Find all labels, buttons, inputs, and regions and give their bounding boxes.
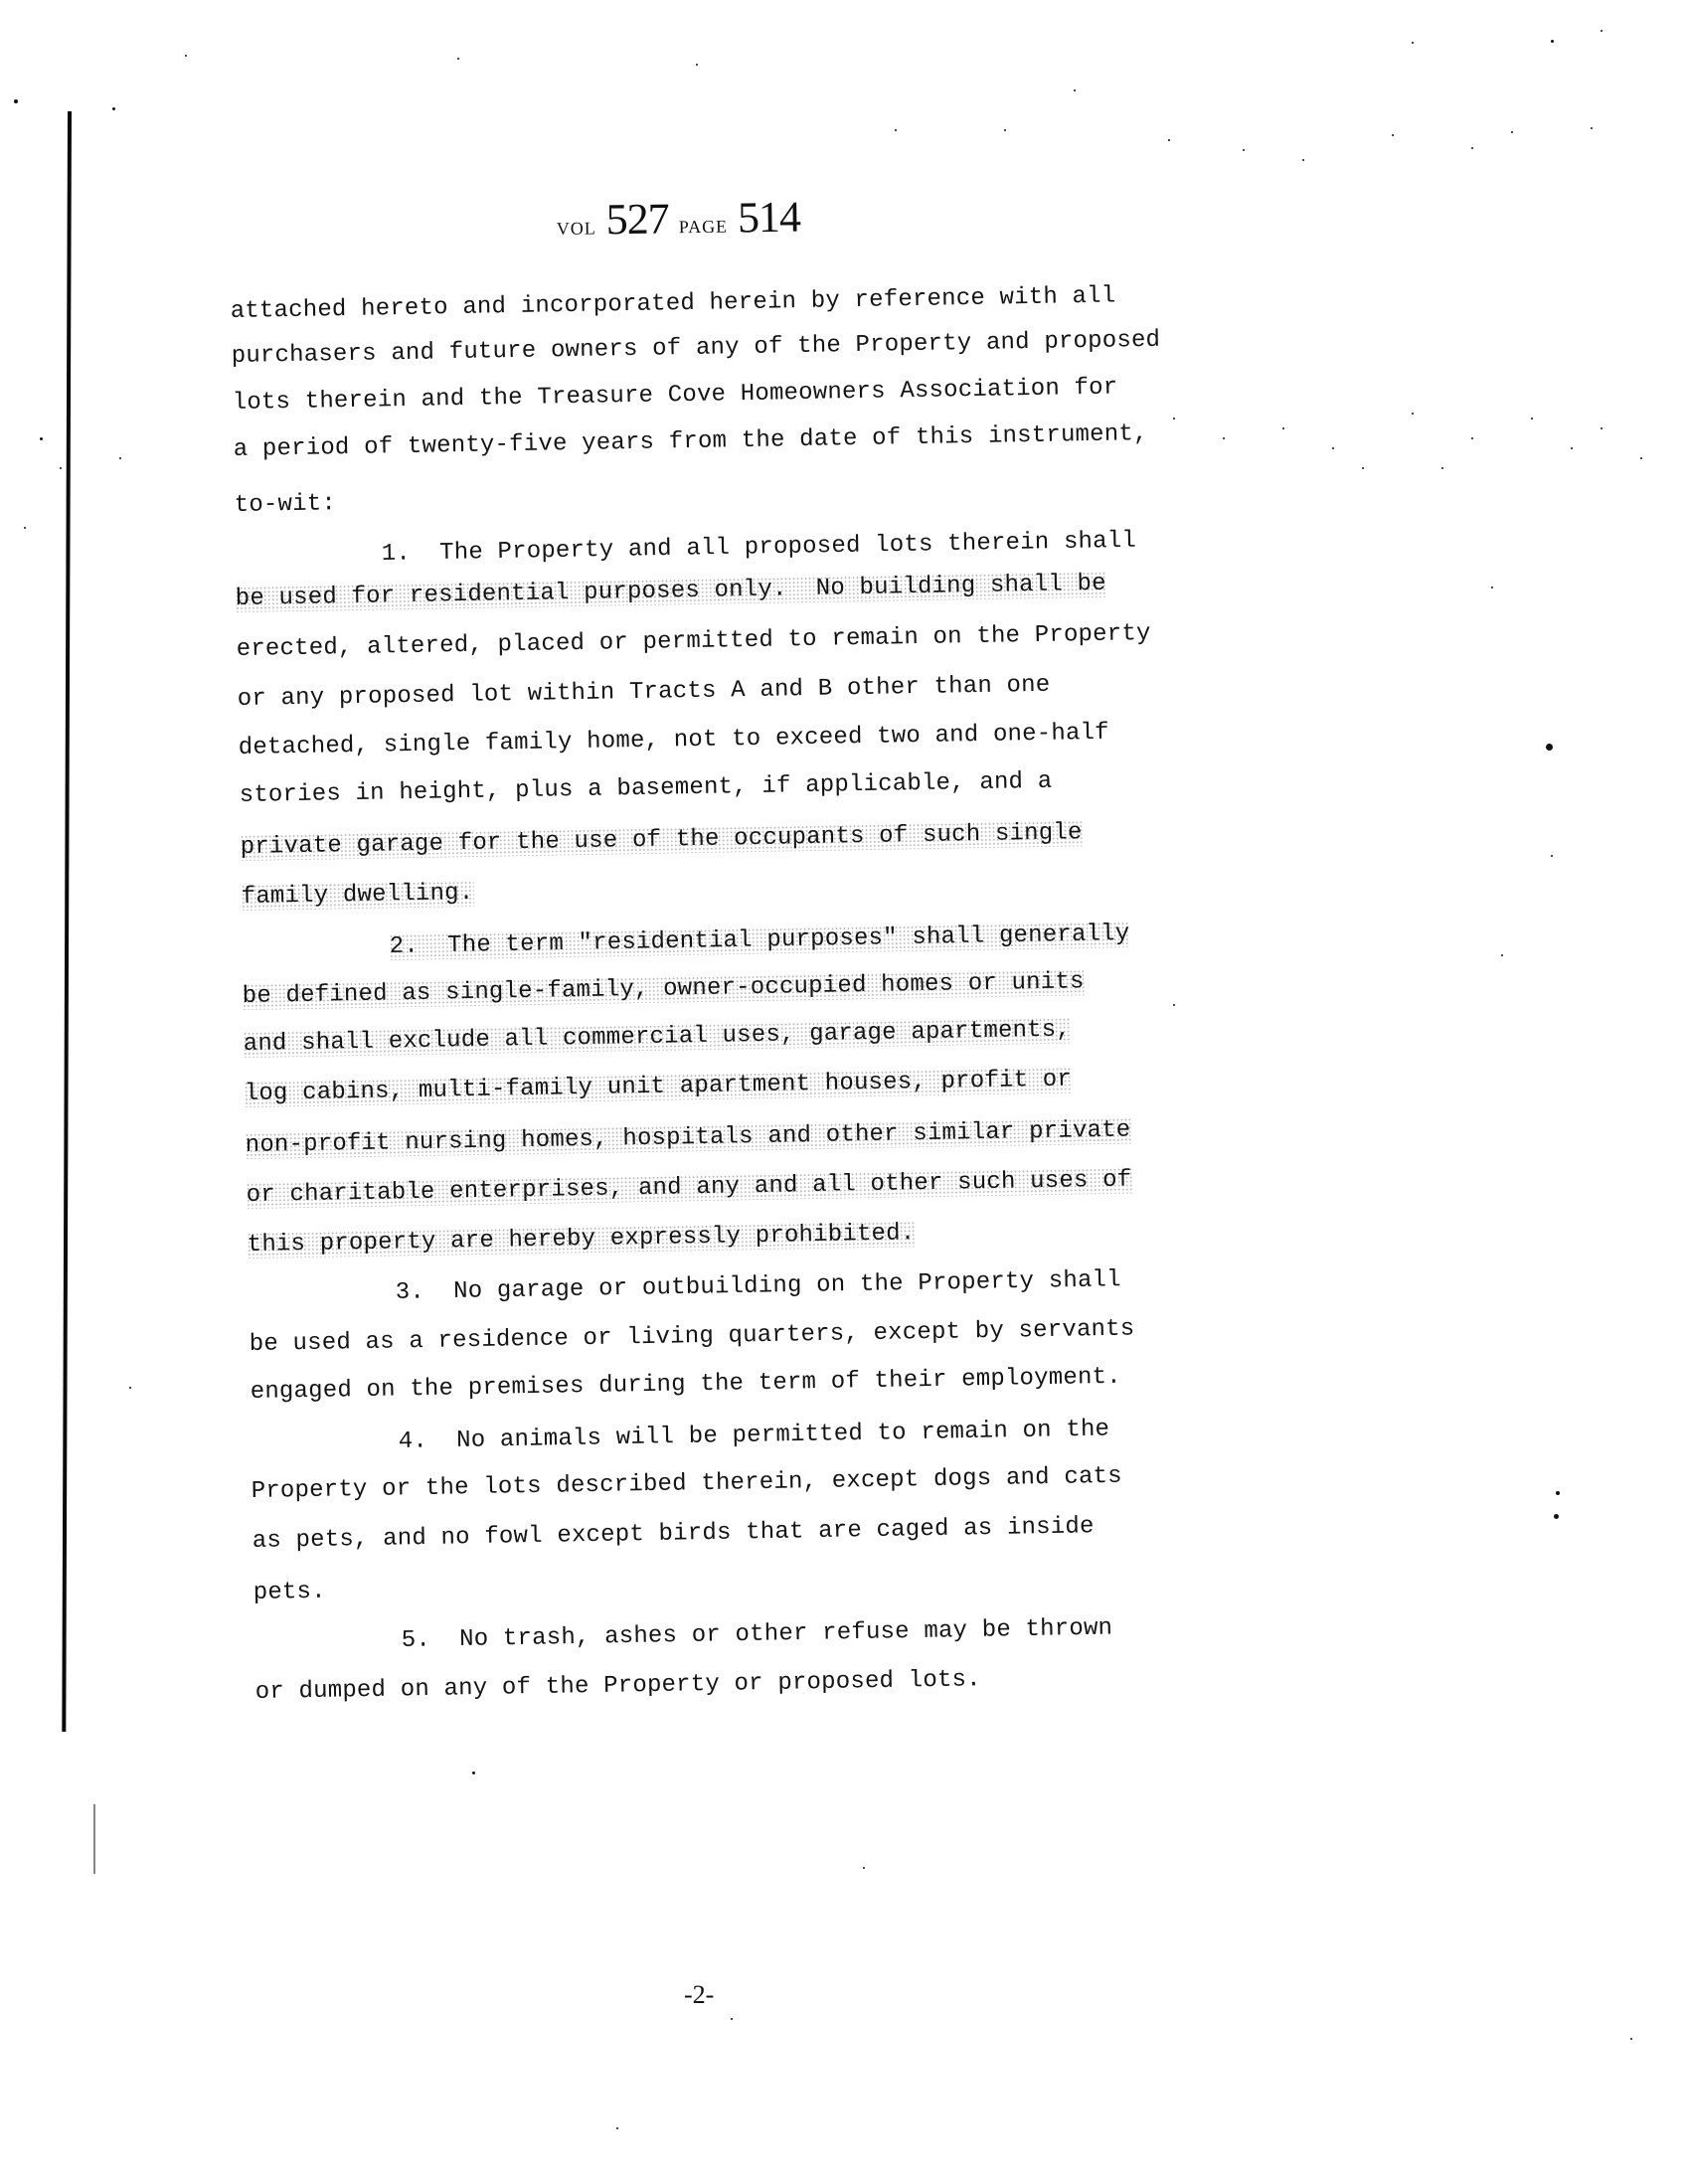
scan-speck [1412,413,1414,415]
left-margin-rule [62,111,72,1732]
text-line: lots therein and the Treasure Cove Homeo… [232,375,1117,417]
stamp-page-number: 514 [738,193,801,243]
paragraph-4-start: 4. No animals will be permitted to remai… [398,1418,1109,1455]
document-page: VOL527PAGE514 attached hereto and incorp… [0,0,1688,2184]
scan-speck [129,1387,131,1389]
text-line: engaged on the premises during the term … [250,1365,1120,1406]
text-line: a period of twenty-five years from the d… [233,421,1147,463]
left-margin-rule-fragment [93,1804,95,1874]
scan-speck [1471,147,1473,149]
text-line: this property are hereby expressly prohi… [247,1221,915,1259]
scan-speck [1168,139,1170,141]
paragraph-2-start: 2. The term "residential purposes" shall… [389,922,1129,960]
vol-label: VOL [557,218,596,239]
scan-speck [1332,447,1334,449]
scan-speck [112,107,115,110]
scan-speck [1004,129,1006,131]
scan-speck [895,129,897,131]
scan-speck [1511,131,1513,133]
text-line: as pets, and no fowl except birds that a… [253,1514,1095,1555]
scan-speck [696,64,698,66]
text-line: Property or the lots described therein, … [252,1464,1122,1505]
scan-speck [119,457,121,459]
text-line: or charitable enterprises, and any and a… [247,1167,1132,1209]
scan-speck [24,527,26,529]
scan-speck [1531,418,1533,420]
scan-speck [1551,40,1554,43]
scan-speck [40,437,43,440]
text-line: log cabins, multi-family unit apartment … [245,1067,1073,1107]
text-line: be used for residential purposes only. N… [236,572,1106,612]
scan-speck [1302,159,1304,161]
scan-speck [1243,149,1245,151]
scan-speck [1551,855,1553,857]
scan-speck [60,467,62,469]
volume-page-stamp: VOL527PAGE514 [556,192,800,246]
scan-speck [1223,437,1225,439]
scan-speck [14,99,18,103]
text-line: pets. [253,1580,326,1606]
text-line: be used as a residence or living quarter… [249,1316,1134,1358]
text-line: family dwelling. [241,881,473,911]
scan-speck [1471,437,1473,439]
footer-page-number: -2- [684,1980,714,2010]
scan-speck [1630,2038,1632,2040]
paragraph-3-start: 3. No garage or outbuilding on the Prope… [395,1267,1120,1306]
page-label: PAGE [679,217,729,238]
text-line: to-wit: [234,491,336,519]
scan-speck [756,298,758,300]
scan-speck [1601,427,1603,429]
text-line: attached hereto and incorporated herein … [231,283,1116,325]
scan-speck [731,2018,733,2020]
text-line: and shall exclude all commercial uses, g… [244,1017,1072,1058]
scan-speck [1501,954,1503,956]
scan-speck [457,58,459,60]
scan-speck [1412,42,1414,44]
scan-speck [185,55,187,57]
scan-speck [1546,744,1553,751]
text-line: or any proposed lot within Tracts A and … [238,673,1051,713]
scan-speck [1173,418,1175,420]
scan-speck [472,1771,475,1774]
scan-speck [1491,587,1493,588]
paragraph-5-start: 5. No trash, ashes or other refuse may b… [402,1616,1113,1654]
scan-speck [1640,457,1642,459]
scan-speck [1173,1004,1175,1006]
vol-number: 527 [605,194,669,244]
text-line: stories in height, plus a basement, if a… [239,769,1052,809]
text-line: non-profit nursing homes, hospitals and … [246,1117,1131,1159]
scan-speck [1554,1514,1559,1519]
text-line: detached, single family home, not to exc… [238,721,1108,761]
scan-speck [1601,30,1603,32]
scan-speck [616,2127,618,2129]
scan-speck [863,1867,865,1869]
paragraph-1-start: 1. The Property and all proposed lots th… [382,529,1137,568]
scan-speck [1282,427,1284,429]
scan-speck [1074,89,1076,91]
scan-speck [1556,1491,1560,1495]
scan-speck [1362,467,1364,469]
scan-speck [1571,447,1573,449]
scan-speck [1441,467,1443,469]
scan-speck [1591,127,1593,129]
text-line: purchasers and future owners of any of t… [231,328,1160,370]
text-line: or dumped on any of the Property or prop… [255,1667,981,1706]
text-line: erected, altered, placed or permitted to… [237,621,1151,663]
scan-speck [1392,134,1394,136]
text-line: be defined as single-family, owner-occup… [243,969,1085,1010]
text-line: private garage for the use of the occupa… [240,820,1082,861]
